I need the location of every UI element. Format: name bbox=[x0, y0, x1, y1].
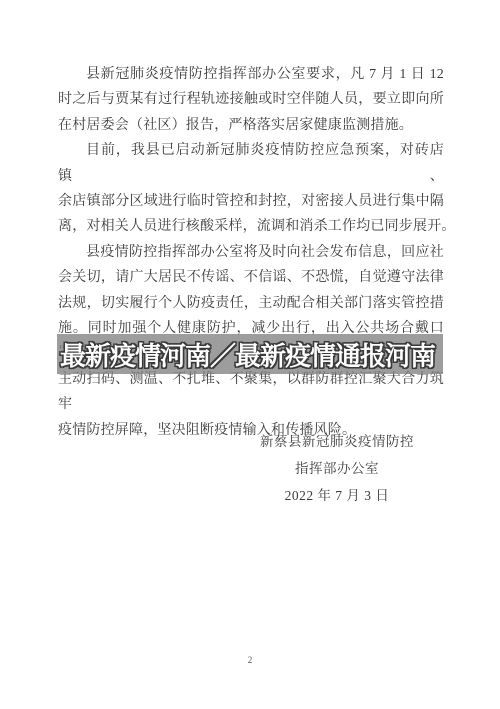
signature-block: 新蔡县新冠肺炎疫情防控 指挥部办公室 2022 年 7 月 3 日 bbox=[256, 428, 418, 509]
body-line: 法规，切实履行个人防疫责任，主动配合相关部门落实管控措 bbox=[58, 291, 444, 316]
signature-date: 2022 年 7 月 3 日 bbox=[256, 482, 418, 509]
document-page: 县新冠肺炎疫情防控指挥部办公室要求，凡 7 月 1 日 12 时之后与贾某有过行… bbox=[0, 0, 500, 709]
body-line: 离，对相关人员进行核酸采样，流调和消杀工作均已同步展开。 bbox=[58, 214, 444, 239]
page-number: 2 bbox=[0, 655, 500, 665]
body-line: 在村居委会（社区）报告，严格落实居家健康监测措施。 bbox=[58, 113, 444, 138]
body-line: 目前，我县已启动新冠肺炎疫情防控应急预案，对砖店镇、 bbox=[58, 138, 444, 189]
body-line: 主动扫码、测温、不扎堆、不聚集，以群防群控汇聚大合力筑牢 bbox=[58, 367, 444, 418]
body-line: 县疫情防控指挥部办公室将及时向社会发布信息，回应社 bbox=[58, 240, 444, 265]
headline-text: 最新疫情河南／最新疫情通报河南 bbox=[60, 334, 443, 374]
body-line: 时之后与贾某有过行程轨迹接触或时空伴随人员，要立即向所 bbox=[58, 87, 444, 112]
body-line: 余店镇部分区域进行临时管控和封控，对密接人员进行集中隔 bbox=[58, 189, 444, 214]
signature-org-line1: 新蔡县新冠肺炎疫情防控 bbox=[256, 428, 418, 455]
body-line: 县新冠肺炎疫情防控指挥部办公室要求，凡 7 月 1 日 12 bbox=[58, 62, 444, 87]
signature-org-line2: 指挥部办公室 bbox=[256, 455, 418, 482]
headline-banner: 最新疫情河南／最新疫情通报河南 bbox=[57, 334, 443, 374]
body-line: 会关切，请广大居民不传谣、不信谣、不恐慌，自觉遵守法律 bbox=[58, 265, 444, 290]
body-text: 县新冠肺炎疫情防控指挥部办公室要求，凡 7 月 1 日 12 时之后与贾某有过行… bbox=[58, 62, 444, 443]
